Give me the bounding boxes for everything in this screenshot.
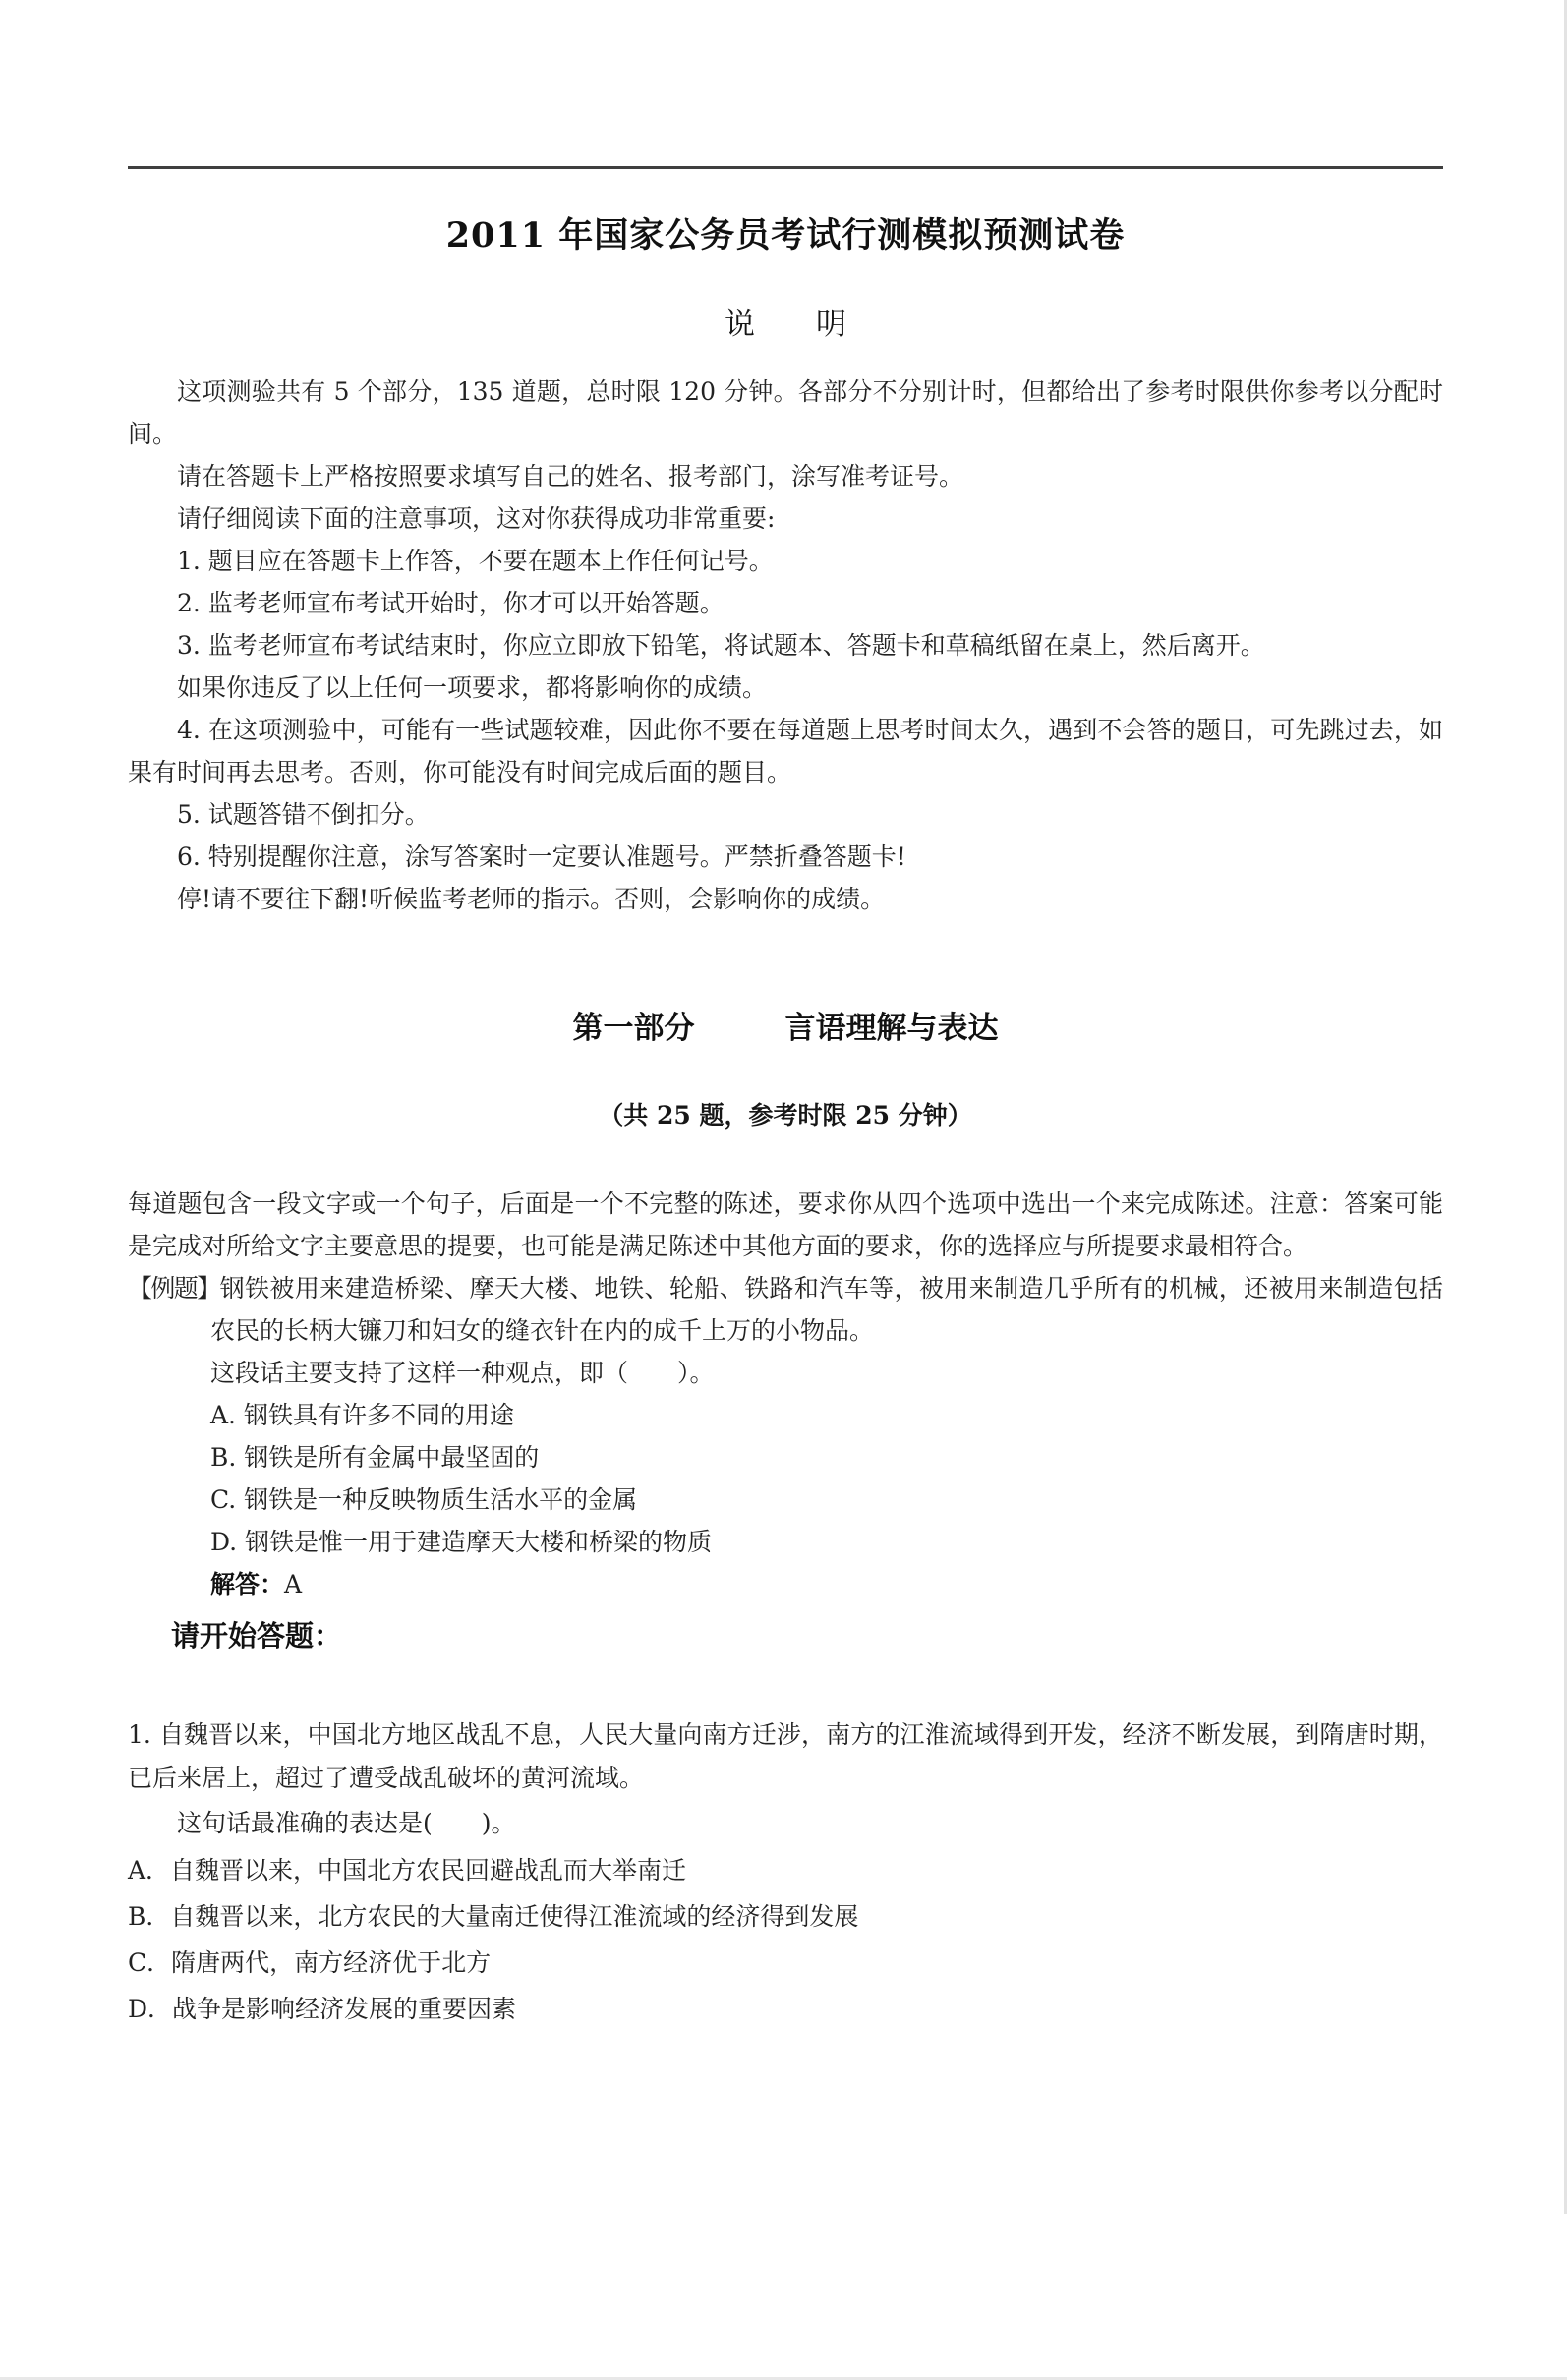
example-option-c: C. 钢铁是一种反映物质生活水平的金属 — [210, 1479, 1443, 1521]
question-text: 1. 自魏晋以来，中国北方地区战乱不息，人民大量向南方迁涉，南方的江淮流域得到开… — [128, 1713, 1443, 1800]
question-1: 1. 自魏晋以来，中国北方地区战乱不息，人民大量向南方迁涉，南方的江淮流域得到开… — [128, 1713, 1443, 2032]
exam-paper-page: 2011 年国家公务员考试行测模拟预测试卷 说 明 这项测验共有 5 个部分，1… — [0, 166, 1567, 2380]
example-option-d: D. 钢铁是惟一用于建造摩天大楼和桥梁的物质 — [210, 1521, 1443, 1563]
notice-item-4: 4. 在这项测验中，可能有一些试题较难，因此你不要在每道题上思考时间太久，遇到不… — [128, 709, 1443, 793]
begin-prompt: 请开始答题： — [171, 1613, 1443, 1658]
notice-paragraph: 这项测验共有 5 个部分，135 道题，总时限 120 分钟。各部分不分别计时，… — [128, 371, 1443, 455]
question-option-c: C．隋唐两代，南方经济优于北方 — [128, 1940, 1443, 1986]
question-body: 自魏晋以来，中国北方地区战乱不息，人民大量向南方迁涉，南方的江淮流域得到开发，经… — [128, 1720, 1443, 1792]
example-option-a: A. 钢铁具有许多不同的用途 — [210, 1394, 1443, 1436]
question-option-d: D．战争是影响经济发展的重要因素 — [128, 1986, 1443, 2032]
notice-paragraph: 请仔细阅读下面的注意事项，这对你获得成功非常重要: — [128, 497, 1443, 540]
header-divider — [128, 166, 1443, 169]
notice-item-1: 1. 题目应在答题卡上作答，不要在题本上作任何记号。 — [128, 540, 1443, 582]
section-intro: 每道题包含一段文字或一个句子，后面是一个不完整的陈述，要求你从四个选项中选出一个… — [128, 1183, 1443, 1267]
section-part-title: 言语理解与表达 — [785, 1011, 999, 1046]
example-label: 【例题】 — [128, 1274, 220, 1303]
question-stem: 这句话最准确的表达是( )。 — [128, 1800, 1443, 1847]
notice-paragraph: 如果你违反了以上任何一项要求，都将影响你的成绩。 — [128, 667, 1443, 709]
notice-paragraph: 请在答题卡上严格按照要求填写自己的姓名、报考部门，涂写准考证号。 — [128, 455, 1443, 497]
question-number: 1. — [128, 1720, 151, 1749]
notice-item-2: 2. 监考老师宣布考试开始时，你才可以开始答题。 — [128, 582, 1443, 624]
section-heading: 第一部分言语理解与表达 — [128, 1003, 1443, 1047]
question-option-a: A．自魏晋以来，中国北方农民回避战乱而大举南迁 — [128, 1847, 1443, 1893]
answer-value: A — [284, 1570, 302, 1598]
example-option-b: B. 钢铁是所有金属中最坚固的 — [210, 1436, 1443, 1479]
question-option-b: B．自魏晋以来，北方农民的大量南迁使得江淮流域的经济得到发展 — [128, 1893, 1443, 1940]
time-limit-note: （共 25 题，参考时限 25 分钟） — [128, 1096, 1443, 1132]
section-part-label: 第一部分 — [573, 1011, 695, 1046]
example-question: 【例题】钢铁被用来建造桥梁、摩天大楼、地铁、轮船、铁路和汽车等，被用来制造几乎所… — [128, 1267, 1443, 1352]
notice-section: 这项测验共有 5 个部分，135 道题，总时限 120 分钟。各部分不分别计时，… — [128, 371, 1443, 920]
stop-warning: 停!请不要往下翻!听候监考老师的指示。否则，会影响你的成绩。 — [128, 878, 1443, 920]
answer-label: 解答： — [210, 1570, 284, 1598]
notice-item-3: 3. 监考老师宣布考试结束时，你应立即放下铅笔，将试题本、答题卡和草稿纸留在桌上… — [128, 624, 1443, 667]
example-question-text: 钢铁被用来建造桥梁、摩天大楼、地铁、轮船、铁路和汽车等，被用来制造几乎所有的机械… — [210, 1274, 1443, 1345]
example-answer: 解答：A — [210, 1563, 1443, 1605]
example-stem: 这段话主要支持了这样一种观点，即（ ）。 — [210, 1352, 1443, 1394]
notice-heading: 说 明 — [128, 299, 1443, 343]
notice-item-6: 6. 特别提醒你注意，涂写答案时一定要认准题号。严禁折叠答题卡! — [128, 836, 1443, 878]
notice-item-5: 5. 试题答错不倒扣分。 — [128, 793, 1443, 836]
example-block: 【例题】钢铁被用来建造桥梁、摩天大楼、地铁、轮船、铁路和汽车等，被用来制造几乎所… — [128, 1267, 1443, 1605]
page-title: 2011 年国家公务员考试行测模拟预测试卷 — [128, 208, 1443, 258]
